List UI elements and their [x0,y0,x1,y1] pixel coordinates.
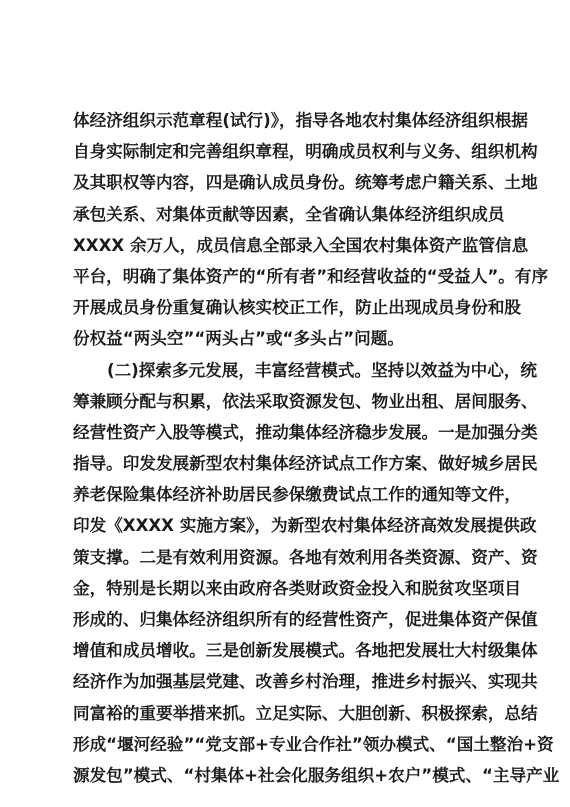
text-line: 份权益“两头空”“两头占”或“多头占”问题。 [73,323,501,354]
text-line: 经济作为加强基层党建、改善乡村治理，推进乡村振兴、实现共 [73,666,501,697]
text-line: 增值和成员增收。三是创新发展模式。各地把发展壮大村级集体 [73,635,501,666]
text-line: 印发《XXXX 实施方案》，为新型农村集体经济高效发展提供政 [73,510,501,541]
text-line: 形成的、归集体经济组织所有的经营性资产，促进集体资产保值 [73,604,501,635]
text-line: XXXX 余万人，成员信息全部录入全国农村集体资产监管信息 [73,230,501,261]
text-line: 体经济组织示范章程(试行)》，指导各地农村集体经济组织根据 [73,105,501,136]
text-line: 同富裕的重要举措来抓。立足实际、大胆创新、积极探索，总结 [73,698,501,729]
section-heading-line: (二)探索多元发展，丰富经营模式。坚持以效益为中心，统 [73,355,501,386]
document-body: 体经济组织示范章程(试行)》，指导各地农村集体经济组织根据 自身实际制定和完善组… [73,105,501,791]
paragraph-member-identity-continuation: 体经济组织示范章程(试行)》，指导各地农村集体经济组织根据 自身实际制定和完善组… [73,105,501,355]
text-line: 平台，明确了集体资产的“所有者”和经营收益的“受益人”。有序 [73,261,501,292]
text-line: 自身实际制定和完善组织章程，明确成员权利与义务、组织机构 [73,136,501,167]
text-line: 经营性资产入股等模式，推动集体经济稳步发展。一是加强分类 [73,417,501,448]
text-line: 形成“堰河经验”“党支部+专业合作社”领办模式、“国土整治+资 [73,729,501,760]
text-line: 筹兼顾分配与积累，依法采取资源发包、物业出租、居间服务、 [73,386,501,417]
text-line: 金，特别是长期以来由政府各类财政资金投入和脱贫攻坚项目 [73,573,501,604]
paragraph-section-2-diversified-development: (二)探索多元发展，丰富经营模式。坚持以效益为中心，统 筹兼顾分配与积累，依法采… [73,355,501,792]
text-line: 指导。印发发展新型农村集体经济试点工作方案、做好城乡居民 [73,448,501,479]
text-line: 养老保险集体经济补助居民参保缴费试点工作的通知等文件， [73,479,501,510]
text-line: 承包关系、对集体贡献等因素，全省确认集体经济组织成员 [73,199,501,230]
text-line: 开展成员身份重复确认核实校正工作，防止出现成员身份和股 [73,292,501,323]
text-line: 源发包”模式、“村集体+社会化服务组织+农户”模式、“主导产业 [73,760,501,791]
document-page: 体经济组织示范章程(试行)》，指导各地农村集体经济组织根据 自身实际制定和完善组… [0,0,570,807]
text-line: 策支撑。二是有效利用资源。各地有效利用各类资源、资产、资 [73,542,501,573]
text-line: 及其职权等内容，四是确认成员身份。统筹考虑户籍关系、土地 [73,167,501,198]
